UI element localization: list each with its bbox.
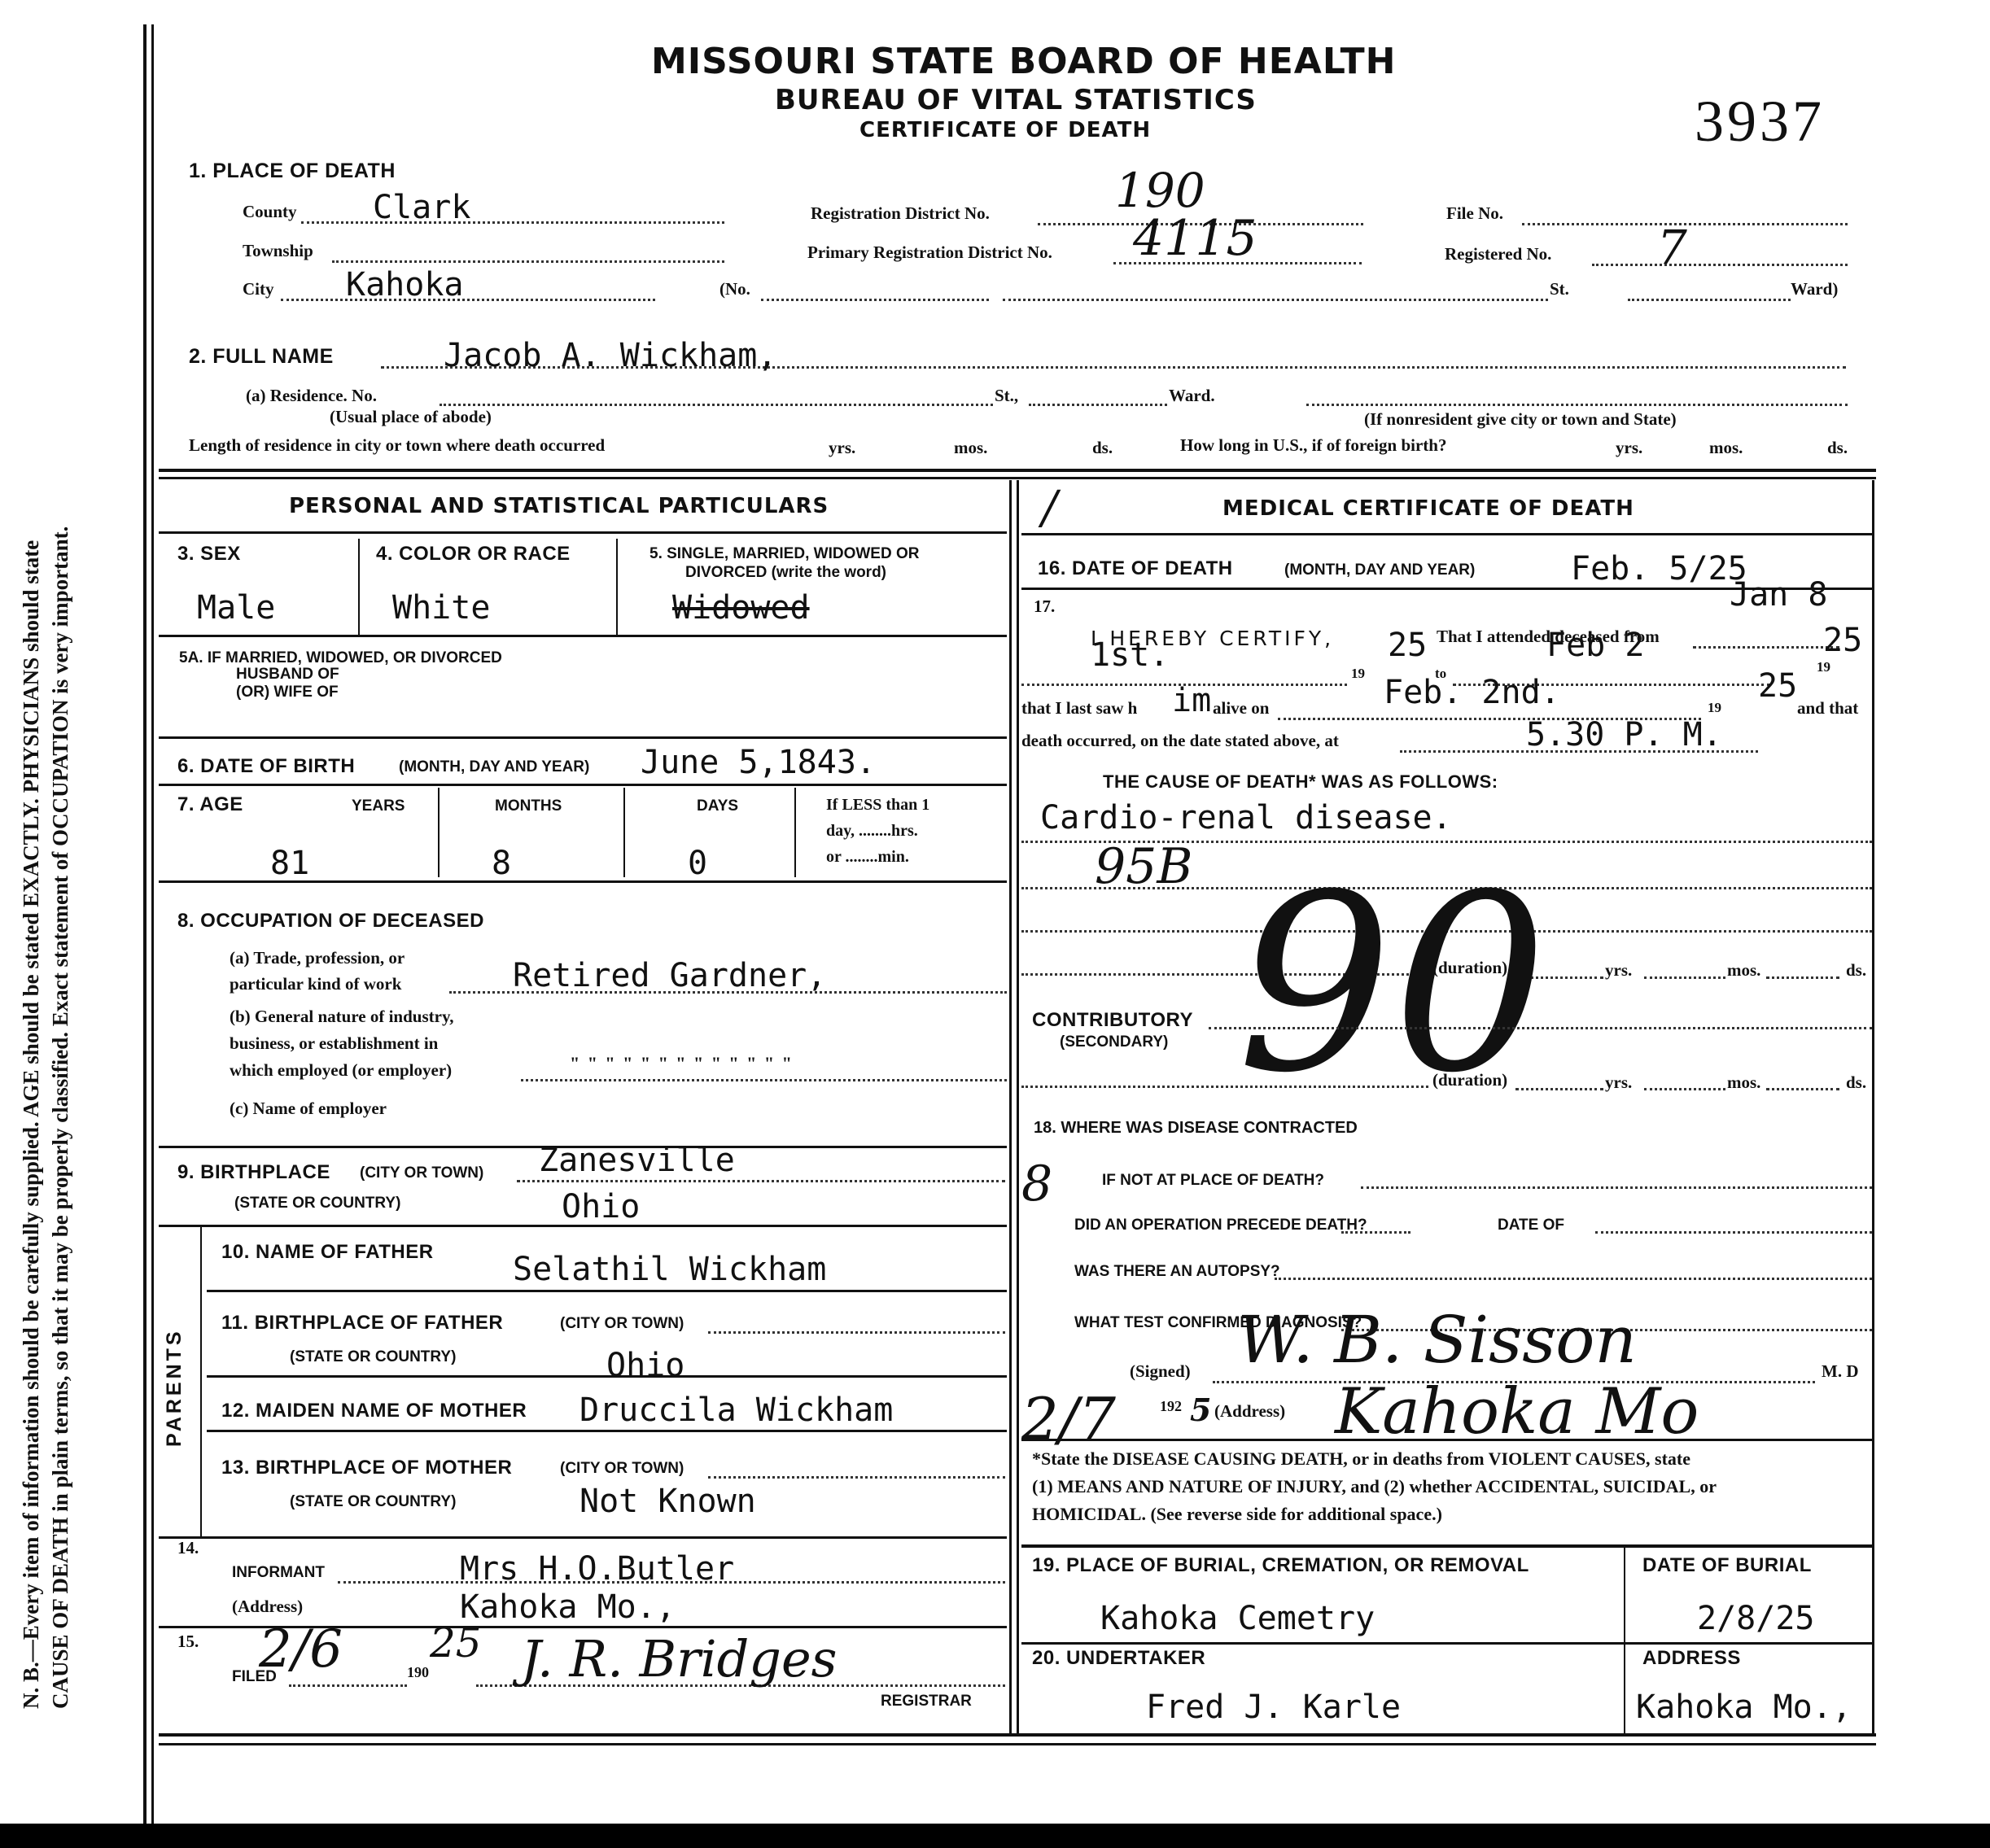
primary-registration-district-label: Primary Registration District No. (807, 242, 1052, 263)
cause-ds-label: ds. (1846, 960, 1866, 981)
marital-label-1: 5. SINGLE, MARRIED, WIDOWED OR (649, 545, 919, 563)
right-border (1872, 480, 1874, 1733)
medical-heading-rule (1021, 533, 1872, 535)
burial-rule (1021, 1642, 1872, 1645)
parents-vertical-label: PARENTS (163, 1328, 186, 1447)
age-less-label-2: day, ........hrs. (826, 822, 918, 841)
attended-to-year-19: 19 (1817, 659, 1830, 675)
birthplace-city-line (517, 1180, 1005, 1182)
marital-value[interactable]: Widowed (672, 589, 810, 627)
filed-year-prefix: 190 (407, 1664, 429, 1681)
parents-divider (200, 1227, 202, 1536)
informant-label: INFORMANT (232, 1564, 325, 1582)
attended-from-line (1693, 646, 1839, 649)
section-divider-top (159, 469, 1876, 472)
row6-rule (159, 784, 1007, 786)
disease-contracted-label: 18. WHERE WAS DISEASE CONTRACTED (1034, 1119, 1358, 1138)
row12-rule (207, 1430, 1007, 1432)
contributory-yrs-line (1515, 1088, 1603, 1090)
side-note-line-2: CAUSE OF DEATH in plain terms, so that i… (46, 526, 75, 1709)
occupation-c-label: (c) Name of employer (230, 1099, 387, 1119)
full-name-label: 2. FULL NAME (189, 345, 334, 369)
marital-label-2: DIVORCED (write the word) (685, 564, 886, 582)
contributory-ds-line (1766, 1088, 1839, 1090)
burial-date-label: DATE OF BURIAL (1642, 1554, 1812, 1577)
city-field-line (281, 299, 655, 301)
signed-date[interactable]: 2/7 (1021, 1385, 1116, 1453)
nonresident-note: (If nonresident give city or town and St… (1364, 409, 1677, 430)
scan-bottom-band (0, 1824, 1990, 1848)
undertaker-value[interactable]: Fred J. Karle (1146, 1689, 1401, 1726)
length-mos-label: mos. (954, 438, 987, 458)
street-no-label: (No. (719, 279, 750, 299)
informant-value[interactable]: Mrs H.O.Butler (460, 1550, 734, 1588)
contributory-label: CONTRIBUTORY (1032, 1009, 1193, 1032)
physician-address-label: (Address) (1214, 1401, 1285, 1422)
center-divider-right (1017, 480, 1019, 1733)
item-17-label: 17. (1034, 596, 1055, 617)
if-not-at-place-label: IF NOT AT PLACE OF DEATH? (1102, 1172, 1324, 1190)
contributory-mos-line (1644, 1088, 1725, 1090)
spouse-label-1: 5A. IF MARRIED, WIDOWED, OR DIVORCED (179, 649, 502, 667)
foreign-birth-label: How long in U.S., if of foreign birth? (1180, 435, 1446, 456)
occupation-a-label-1: (a) Trade, profession, or (230, 948, 405, 968)
sex-value[interactable]: Male (197, 589, 275, 627)
father-name-label: 10. NAME OF FATHER (221, 1241, 434, 1264)
father-birthplace-state-sub: (STATE OR COUNTRY) (290, 1348, 456, 1366)
medical-heading: MEDICAL CERTIFICATE OF DEATH (1222, 496, 1634, 521)
death-time-label: death occurred, on the date stated above… (1021, 731, 1339, 751)
spouse-label-3: (OR) WIFE OF (236, 684, 339, 701)
alive-on-label: alive on (1213, 698, 1269, 719)
birthplace-city-value[interactable]: Zanesville (539, 1142, 735, 1179)
attended-from-year[interactable]: 25 (1388, 627, 1427, 664)
city-value[interactable]: Kahoka (346, 266, 464, 304)
dob-label: 6. DATE OF BIRTH (177, 755, 355, 778)
section-divider-bottom (159, 477, 1876, 479)
contributory-ds-label: ds. (1846, 1073, 1866, 1093)
contributory-mos-label: mos. (1727, 1073, 1760, 1093)
nonresident-line (1306, 404, 1848, 406)
row7-rule (159, 880, 1007, 883)
signed-label: (Signed) (1130, 1361, 1191, 1382)
secondary-label: (SECONDARY) (1060, 1033, 1168, 1051)
foreign-ds-label: ds. (1827, 438, 1848, 458)
age-days-value[interactable]: 0 (688, 845, 707, 882)
spouse-label-2: HUSBAND OF (236, 666, 339, 684)
row13-rule (159, 1536, 1007, 1539)
mother-birthplace-city-sub: (CITY OR TOWN) (560, 1460, 684, 1478)
informant-address-value[interactable]: Kahoka Mo., (460, 1588, 676, 1626)
birthplace-label: 9. BIRTHPLACE (177, 1161, 330, 1184)
residence-label: (a) Residence. No. (246, 386, 377, 406)
burial-place-value[interactable]: Kahoka Cemetry (1100, 1600, 1375, 1637)
street-st-label: St. (1550, 279, 1569, 299)
footnote-line-3: HOMICIDAL. (See reverse side for additio… (1032, 1501, 1442, 1528)
undertaker-label: 20. UNDERTAKER (1032, 1647, 1205, 1670)
residence-sub-label: (Usual place of abode) (330, 407, 492, 427)
length-of-residence-label: Length of residence in city or town wher… (189, 435, 605, 456)
ward-label: Ward) (1791, 279, 1838, 299)
autopsy-label: WAS THERE AN AUTOPSY? (1074, 1263, 1280, 1281)
attended-to-value[interactable]: Feb 2 (1546, 627, 1644, 664)
alive-on-value[interactable]: Feb. 2nd. (1384, 674, 1560, 711)
undertaker-address-value[interactable]: Kahoka Mo., (1636, 1689, 1852, 1726)
last-saw-label: that I last saw h (1021, 698, 1137, 719)
father-name-value[interactable]: Selathil Wickham (513, 1251, 826, 1288)
age-less-label-3: or ........min. (826, 848, 909, 867)
certificate-number: 3937 (1695, 88, 1825, 155)
footnote-line-1: *State the DISEASE CAUSING DEATH, or in … (1032, 1445, 1690, 1473)
form-name: CERTIFICATE OF DEATH (859, 118, 1151, 142)
father-birthplace-state-value[interactable]: Ohio (606, 1347, 684, 1384)
center-divider-left (1009, 480, 1012, 1733)
registrar-label: REGISTRAR (881, 1693, 972, 1710)
race-label: 4. COLOR OR RACE (376, 543, 571, 566)
father-birthplace-city-sub: (CITY OR TOWN) (560, 1315, 684, 1333)
if-not-at-place-line (1361, 1186, 1872, 1189)
contributory-duration-line (1021, 1086, 1428, 1088)
foreign-mos-label: mos. (1709, 438, 1743, 458)
death-time-value[interactable]: 5.30 P. M. (1526, 716, 1722, 754)
operation-line (1341, 1231, 1410, 1234)
last-saw-pronoun[interactable]: im (1172, 682, 1211, 719)
signed-year[interactable]: 5 (1190, 1391, 1211, 1428)
burial-top-rule (1021, 1544, 1872, 1548)
cause-mos-line (1644, 976, 1725, 979)
dod-value[interactable]: Feb. 5/25 (1571, 550, 1747, 588)
side-note-line-1: N. B.—Every item of information should b… (16, 526, 46, 1709)
date-of-label: DATE OF (1498, 1217, 1564, 1234)
personal-heading: PERSONAL AND STATISTICAL PARTICULARS (289, 494, 829, 518)
occupation-b-line (521, 1079, 1007, 1081)
township-label: Township (243, 241, 313, 261)
dob-value[interactable]: June 5,1843. (641, 744, 876, 781)
row10-rule (207, 1290, 1007, 1292)
dob-sub-label: (MONTH, DAY AND YEAR) (399, 758, 589, 776)
age-months-divider (623, 788, 625, 877)
attended-from-year-top[interactable]: 25 (1823, 622, 1862, 659)
filed-date-line (289, 1684, 407, 1687)
mother-birthplace-label: 13. BIRTHPLACE OF MOTHER (221, 1457, 512, 1479)
physician-signature: W. B. Sisson (1237, 1302, 1637, 1378)
operation-date-line (1595, 1231, 1872, 1234)
burial-divider (1624, 1548, 1625, 1733)
sex-race-divider (358, 539, 360, 635)
length-yrs-label: yrs. (829, 438, 855, 458)
residence-st-label: St., (995, 386, 1018, 406)
registered-no-value[interactable]: 7 (1657, 220, 1687, 275)
age-months-label: MONTHS (495, 797, 562, 815)
md-label: M. D (1822, 1361, 1859, 1382)
left-border-outer (143, 24, 147, 1824)
filed-number: 15. (177, 1632, 199, 1652)
father-birthplace-label: 11. BIRTHPLACE OF FATHER (221, 1312, 503, 1335)
age-days-label: DAYS (697, 797, 738, 815)
burial-place-label: 19. PLACE OF BURIAL, CREMATION, OR REMOV… (1032, 1554, 1529, 1577)
personal-heading-rule (159, 531, 1007, 534)
race-marital-divider (616, 539, 618, 635)
township-field-line (332, 260, 724, 263)
place-of-death-label: 1. PLACE OF DEATH (189, 159, 396, 183)
bottom-rule-top (159, 1733, 1876, 1737)
county-label: County (243, 202, 297, 222)
row3-rule (159, 635, 1007, 637)
sex-label: 3. SEX (177, 543, 241, 566)
row5a-rule (159, 736, 1007, 739)
informant-address-label: (Address) (232, 1597, 303, 1617)
street-name-line (1003, 299, 1548, 301)
residence-no-line (440, 404, 993, 406)
age-years-divider (438, 788, 440, 877)
age-years-value[interactable]: 81 (270, 845, 309, 882)
residence-ward-line (1029, 404, 1167, 406)
registration-district-label: Registration District No. (811, 203, 990, 224)
signature-rule (1021, 1439, 1872, 1441)
dod-correction[interactable]: Jan 8 (1730, 576, 1827, 614)
residence-ward-label: Ward. (1169, 386, 1215, 406)
autopsy-line (1275, 1278, 1872, 1280)
birthplace-state-value[interactable]: Ohio (562, 1188, 640, 1225)
age-years-label: YEARS (352, 797, 405, 815)
filed-year-value[interactable]: 25 (430, 1619, 482, 1667)
row11-rule (207, 1375, 1007, 1378)
physician-address-value[interactable]: Kahoka Mo (1335, 1375, 1699, 1448)
footnote-line-2: (1) MEANS AND NATURE OF INJURY, and (2) … (1032, 1473, 1717, 1501)
cause-yrs-label: yrs. (1605, 960, 1632, 981)
left-border-inner (151, 24, 154, 1824)
dod-sub-label: (MONTH, DAY AND YEAR) (1284, 561, 1475, 579)
contributory-yrs-label: yrs. (1605, 1073, 1632, 1093)
dod-label: 16. DATE OF DEATH (1038, 557, 1233, 580)
contributory-duration-label: (duration) (1432, 1070, 1507, 1090)
age-months-value[interactable]: 8 (492, 845, 511, 882)
operation-label: DID AN OPERATION PRECEDE DEATH? (1074, 1217, 1367, 1234)
contributory-line-1 (1209, 1027, 1872, 1029)
ward-line (1628, 299, 1791, 301)
foreign-yrs-label: yrs. (1616, 438, 1642, 458)
occupation-a-value[interactable]: Retired Gardner, (513, 957, 826, 994)
age-less-label-1: If LESS than 1 (826, 796, 929, 815)
registered-no-line (1592, 264, 1848, 266)
father-birthplace-city-line (708, 1331, 1005, 1334)
occupation-label: 8. OCCUPATION OF DECEASED (177, 910, 484, 933)
check-mark: / (1042, 482, 1057, 535)
city-label: City (243, 279, 274, 299)
row9-rule (159, 1225, 1007, 1227)
mother-birthplace-state-sub: (STATE OR COUNTRY) (290, 1493, 456, 1511)
cause-ds-line (1766, 976, 1839, 979)
form-title: MISSOURI STATE BOARD OF HEALTH (651, 41, 1396, 82)
signed-year-prefix: 192 (1160, 1398, 1182, 1415)
race-value[interactable]: White (392, 589, 490, 627)
form-subtitle: BUREAU OF VITAL STATISTICS (775, 84, 1257, 116)
attended-from-value[interactable]: 1st. (1091, 636, 1169, 674)
street-no-line (761, 299, 989, 301)
attended-year-19: 19 (1351, 666, 1365, 682)
cause-mos-label: mos. (1727, 960, 1760, 981)
bottom-rule-bottom (159, 1743, 1876, 1745)
birthplace-state-sub: (STATE OR COUNTRY) (234, 1195, 400, 1212)
mother-birthplace-city-line (708, 1476, 1005, 1479)
file-no-label: File No. (1446, 203, 1503, 224)
undertaker-address-label: ADDRESS (1642, 1647, 1741, 1670)
occupation-b-value[interactable]: " " " " " " " " " " " " " (570, 1053, 794, 1074)
county-field-line (301, 221, 724, 224)
age-days-divider (794, 788, 796, 877)
registrar-signature: J. R. Bridges (521, 1629, 837, 1689)
occupation-b-label-3: which employed (or employer) (230, 1060, 452, 1081)
cause-value[interactable]: Cardio-renal disease. (1040, 799, 1452, 837)
and-that-label: and that (1797, 698, 1858, 719)
burial-date-value[interactable]: 2/8/25 (1697, 1600, 1815, 1637)
county-value[interactable]: Clark (373, 189, 470, 226)
margin-mark: 8 (1021, 1156, 1052, 1212)
mother-birthplace-state-value[interactable]: Not Known (580, 1483, 756, 1520)
mother-name-label: 12. MAIDEN NAME OF MOTHER (221, 1400, 527, 1422)
primary-registration-district-value[interactable]: 4115 (1133, 210, 1257, 267)
age-label: 7. AGE (177, 793, 243, 816)
birthplace-city-sub: (CITY OR TOWN) (360, 1164, 483, 1182)
registered-no-label: Registered No. (1445, 244, 1551, 264)
occupation-b-label-1: (b) General nature of industry, (230, 1007, 454, 1027)
alive-on-year-19: 19 (1708, 700, 1721, 716)
length-ds-label: ds. (1092, 438, 1113, 458)
cause-label: THE CAUSE OF DEATH* WAS AS FOLLOWS: (1103, 771, 1498, 793)
side-instructions-note: N. B.—Every item of information should b… (16, 526, 75, 1709)
mother-name-value[interactable]: Druccila Wickham (580, 1391, 893, 1429)
filed-date-value[interactable]: 2/6 (259, 1619, 343, 1680)
occupation-a-label-2: particular kind of work (230, 974, 401, 994)
occupation-b-label-2: business, or establishment in (230, 1033, 438, 1054)
alive-on-year[interactable]: 25 (1758, 667, 1797, 705)
full-name-value[interactable]: Jacob A. Wickham, (444, 337, 776, 374)
informant-number: 14. (177, 1538, 199, 1558)
